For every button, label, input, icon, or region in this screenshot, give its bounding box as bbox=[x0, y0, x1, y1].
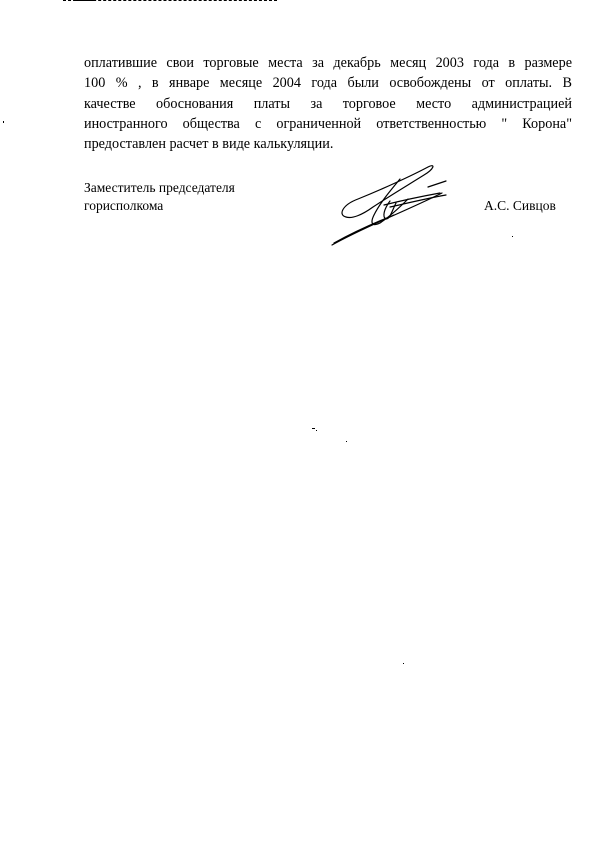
signatory-position: Заместитель председателя горисполкома bbox=[84, 179, 235, 215]
position-line: Заместитель председателя bbox=[84, 179, 235, 197]
paragraph-line: предоставлен расчет в виде калькуляции. bbox=[84, 134, 572, 154]
scan-speck bbox=[312, 428, 315, 429]
body-paragraph: оплатившие свои торговые места за декабр… bbox=[84, 53, 572, 154]
position-line: горисполкома bbox=[84, 197, 235, 215]
paragraph-line: 100 % , в январе месяце 2004 года были о… bbox=[84, 73, 572, 93]
paragraph-line: иностранного общества с ограниченной отв… bbox=[84, 114, 572, 134]
top-border-rule-segment bbox=[76, 0, 96, 1]
scan-speck bbox=[403, 663, 404, 664]
paragraph-line: оплатившие свои торговые места за декабр… bbox=[84, 53, 572, 73]
scan-speck bbox=[316, 430, 317, 431]
paragraph-line: качестве обоснования платы за торговое м… bbox=[84, 94, 572, 114]
scan-speck bbox=[512, 236, 513, 237]
handwritten-signature-icon bbox=[328, 157, 453, 247]
scan-speck bbox=[3, 121, 4, 123]
scan-speck bbox=[346, 441, 347, 442]
signatory-name: А.С. Сивцов bbox=[484, 197, 556, 215]
